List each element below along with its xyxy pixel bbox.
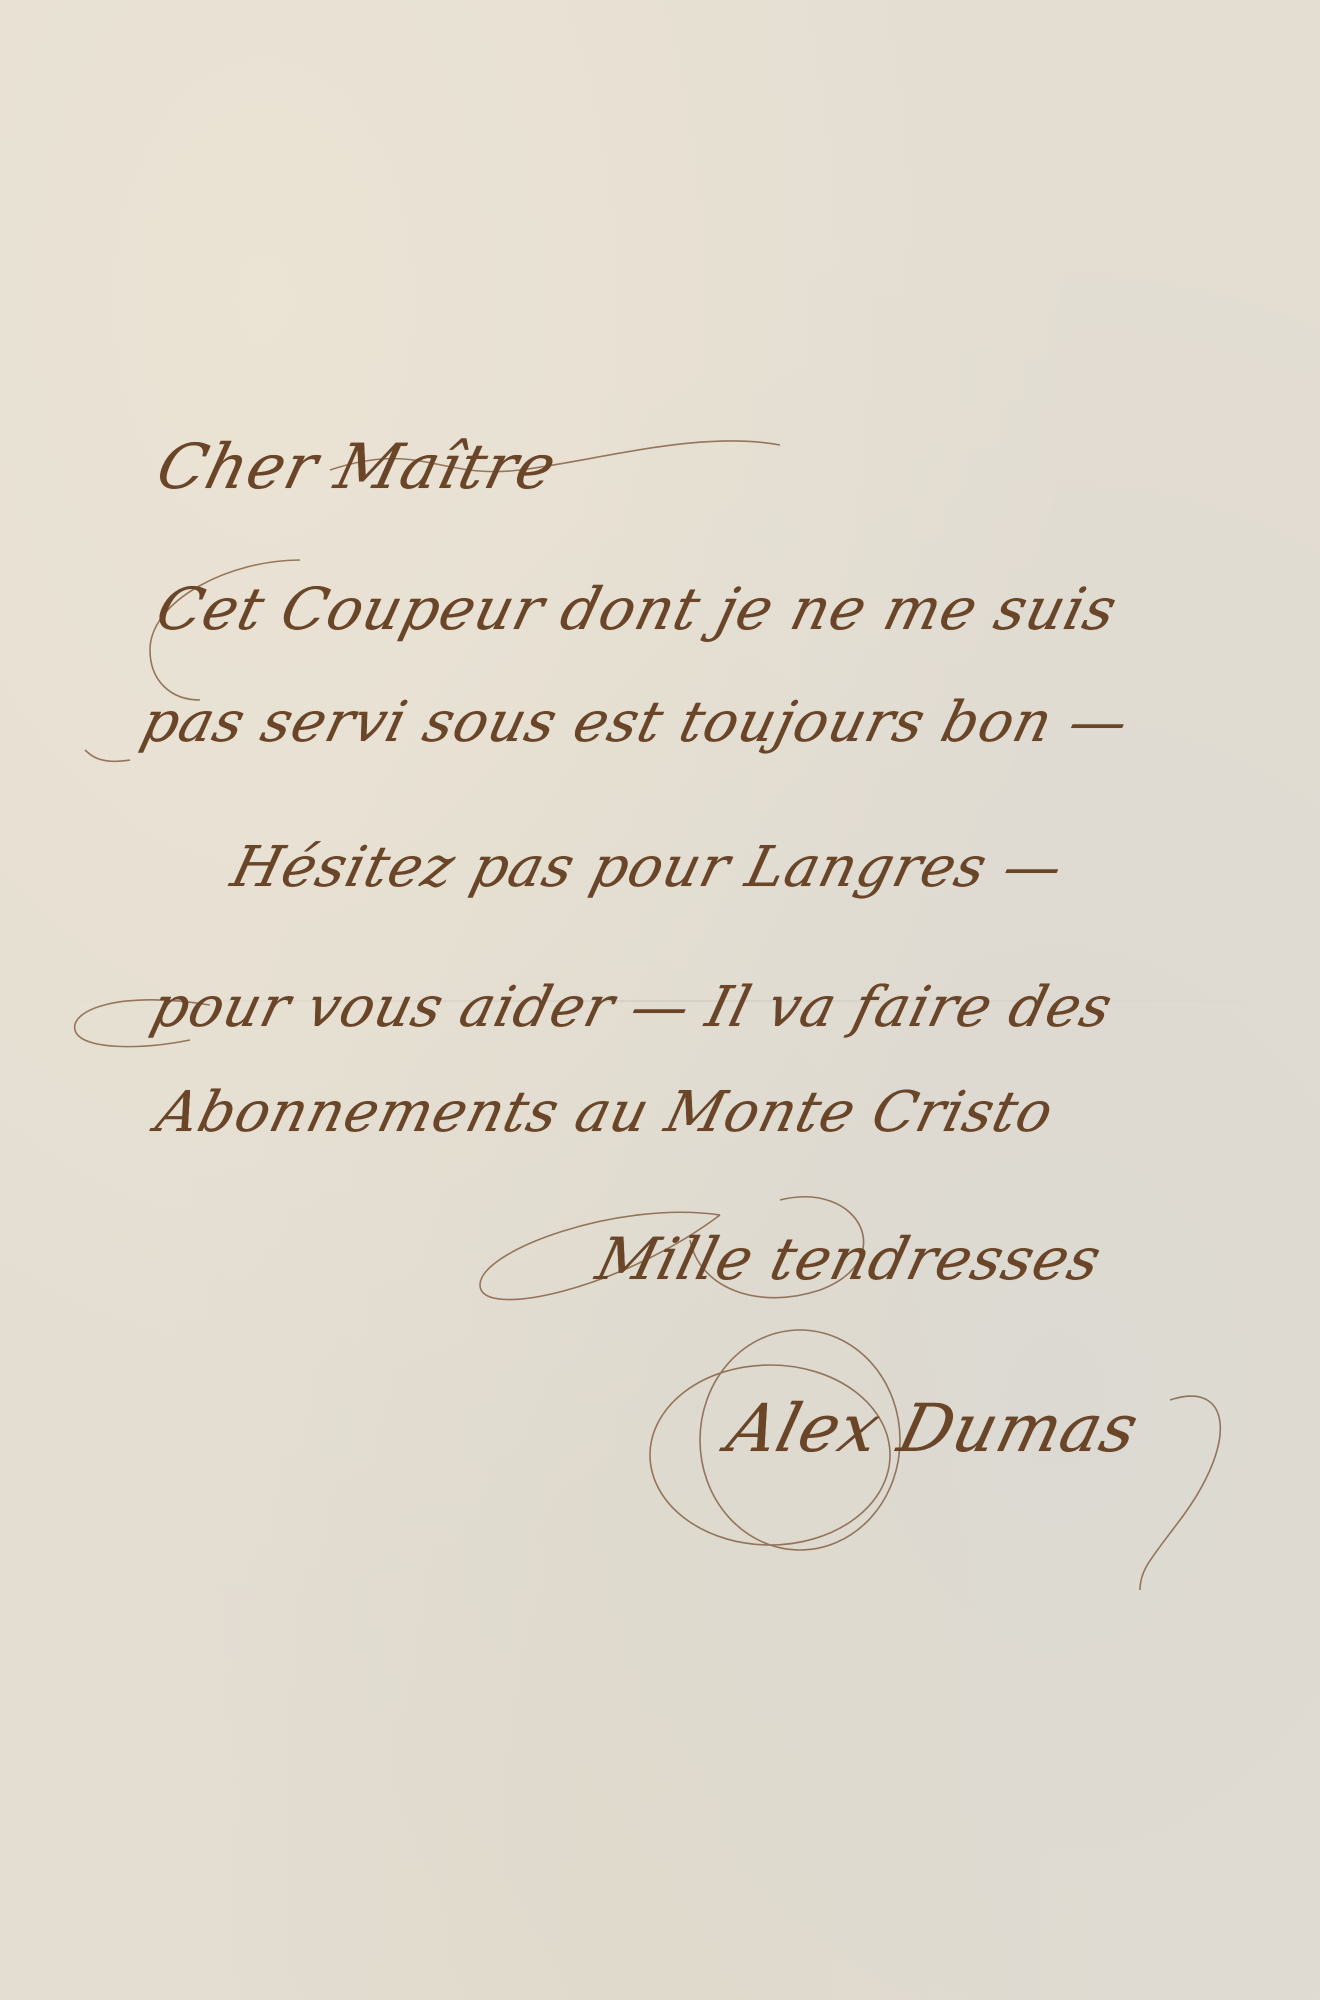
body-line-1: Cet Coupeur dont je ne me suis xyxy=(150,575,1124,643)
body-line-5: Abonnements au Monte Cristo xyxy=(150,1080,1060,1145)
body-line-4: pour vous aider — Il va faire des xyxy=(145,975,1119,1040)
body-line-3: Hésitez pas pour Langres — xyxy=(225,835,1070,900)
letter-sheet: Cher Maître Cet Coupeur dont je ne me su… xyxy=(0,0,1320,2000)
signature: Alex Dumas xyxy=(720,1390,1146,1467)
closing: Mille tendresses xyxy=(590,1225,1109,1293)
body-line-2: pas servi sous est toujours bon — xyxy=(135,690,1135,755)
salutation: Cher Maître xyxy=(150,430,564,503)
